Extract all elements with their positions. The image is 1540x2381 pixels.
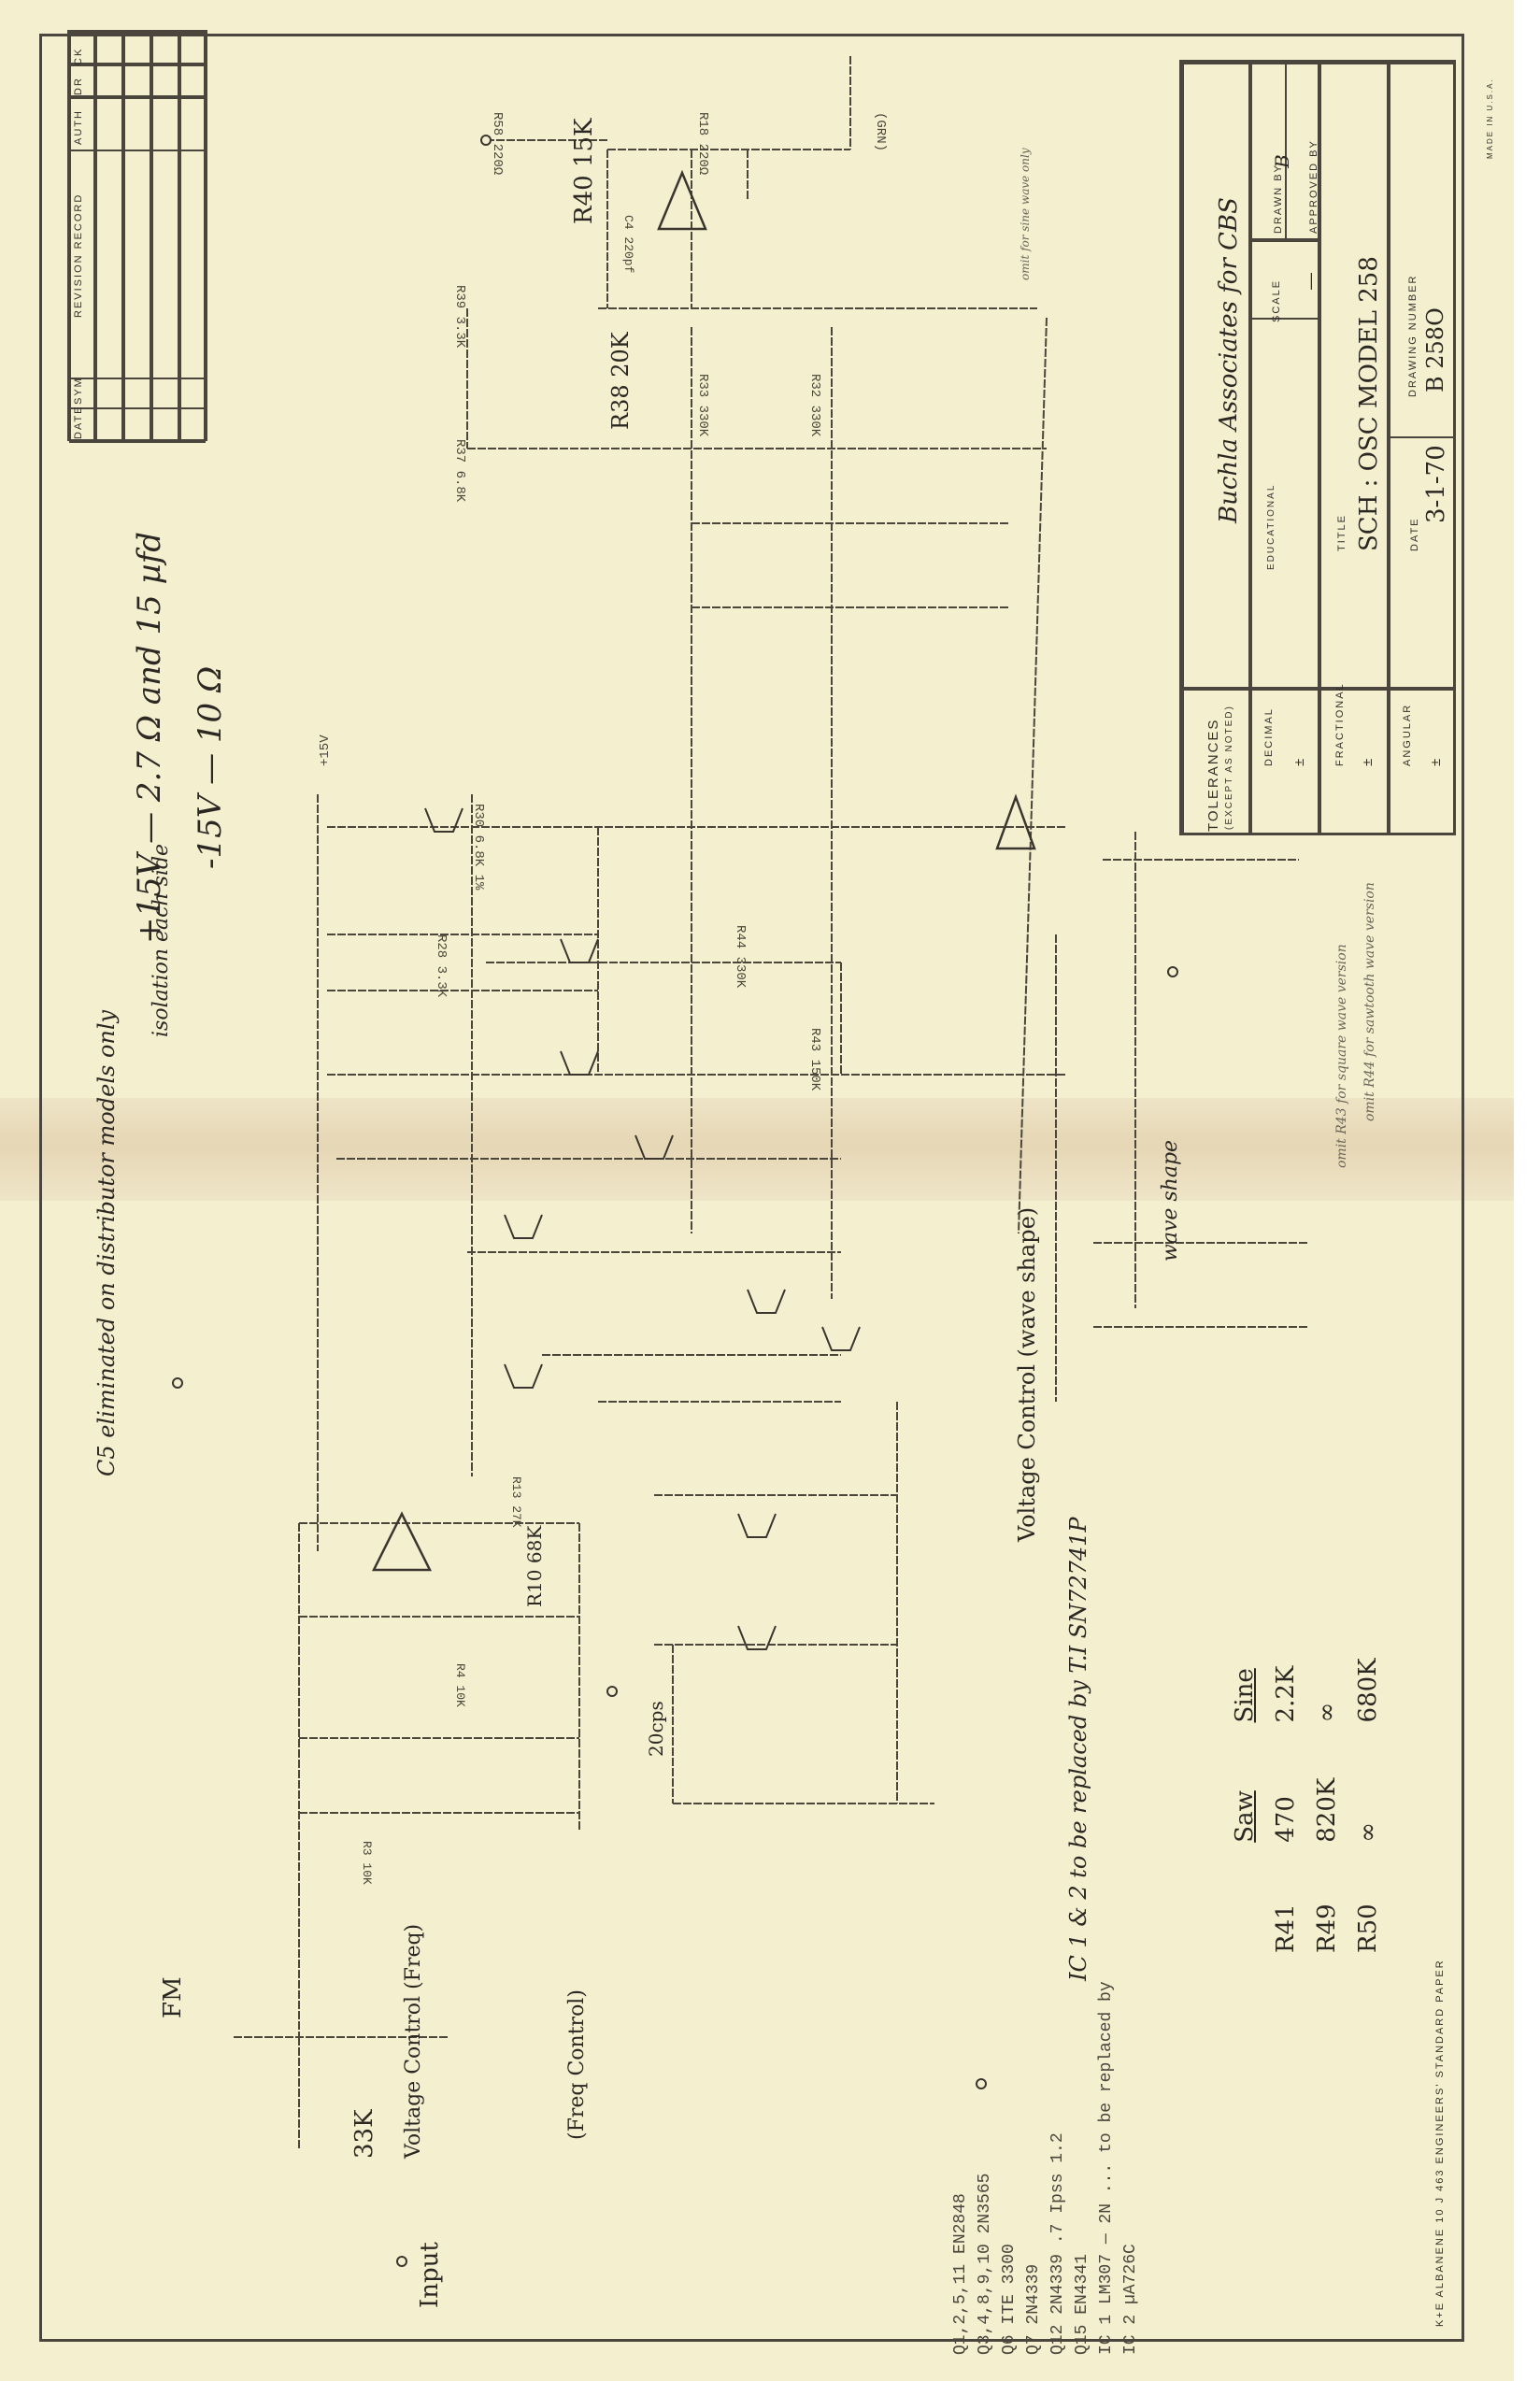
label-r3: R3 10K [360, 1841, 374, 1885]
waveshape-row-r41: R41 470 2.2K [1265, 1610, 1306, 1953]
schematic-sheet: CK DR AUTH REVISION RECORD SYM DATE TOLE… [0, 0, 1514, 2381]
label-voltage-control-freq: Voltage Control (Freq) [402, 1924, 425, 2159]
power-minus-note: -15V — 10 Ω [192, 666, 229, 869]
made-in-usa: MADE IN U.S.A. [1486, 78, 1494, 159]
label-r40-15k: R40 15K [570, 119, 598, 224]
label-r37: R37 6.8K [452, 439, 467, 502]
label-r4: R4 10K [453, 1663, 467, 1707]
label-5cps: R10 68K [523, 1526, 546, 1607]
label-freq-control: (Freq Control) [565, 1989, 589, 2140]
label-grn: (GRN) [873, 112, 888, 151]
parts-list-item: Q15 EN4341 [1070, 1981, 1094, 2355]
label-20cps: 20cps [645, 1701, 667, 1757]
label-r38-20k: R38 20K [607, 332, 634, 430]
parts-list-item: IC 1 LM307 — 2N ... to be replaced by [1094, 1981, 1119, 2355]
label-r39: R39 3.3K [452, 285, 467, 348]
label-wave-shape: wave shape [1159, 1140, 1182, 1262]
parts-list-item: Q6 ITE 3300 [997, 1981, 1021, 2355]
label-r58: R58 220Ω [490, 112, 505, 175]
parts-list: Q1,2,5,11 EN2848 Q3,4,8,9,10 2N3565 Q6 I… [948, 1981, 1143, 2355]
parts-list-item: IC 2 µA726C [1119, 1981, 1143, 2355]
label-c4: C4 220pf [621, 215, 635, 273]
label-voltage-control-wave: Voltage Control (wave shape) [1014, 1207, 1040, 1542]
label-r32: R32 330K [807, 374, 822, 436]
parts-list-item: Q1,2,5,11 EN2848 [948, 1981, 973, 2355]
c5-note: C5 eliminated on distributor models only [93, 1010, 120, 1476]
label-fm: FM [159, 1976, 187, 2018]
ic-replacement-note: IC 1 & 2 to be replaced by T.I SN72741P [1065, 1517, 1091, 1981]
label-33k: 33K [350, 2109, 378, 2159]
parts-list-item: Q12 2N4339 .7 Ipss 1.2 [1046, 1981, 1070, 2355]
power-isolation-note: isolation each side [150, 844, 173, 1037]
waveshape-row-r49: R49 820K ∞ [1306, 1610, 1347, 1953]
label-plus15v: +15V [318, 734, 333, 766]
parts-list-item: Q3,4,8,9,10 2N3565 [973, 1981, 997, 2355]
parts-list-item: Q7 2N4339 [1021, 1981, 1046, 2355]
circuit-wiring [0, 0, 1514, 2381]
label-r28: R28 3.3K [434, 934, 449, 997]
omit-note-1: omit R43 for square wave version [1334, 944, 1349, 1168]
label-r18: R18 220Ω [695, 112, 710, 175]
paper-brand: K+E ALBANENE 10 J 463 ENGINEERS' STANDAR… [1434, 1959, 1446, 2327]
label-input: Input [416, 2242, 444, 2308]
sine-only-note: omit for sine wave only [1019, 148, 1032, 280]
label-r14: R13 27K [509, 1476, 523, 1528]
omit-note-2: omit R44 for sawtooth wave version [1362, 882, 1377, 1121]
waveshape-header-row: Saw Sine [1224, 1610, 1265, 1953]
label-r30: R30 6.8K 1% [471, 804, 486, 890]
waveshape-row-r50: R50 ∞ 680K [1347, 1610, 1389, 1953]
label-r44: R44 330K [733, 925, 748, 988]
label-r33: R33 330K [695, 374, 710, 436]
waveshape-table: Saw Sine R41 470 2.2K R49 820K ∞ R50 ∞ 6… [1224, 1610, 1389, 1953]
label-r43: R43 150K [807, 1028, 822, 1091]
